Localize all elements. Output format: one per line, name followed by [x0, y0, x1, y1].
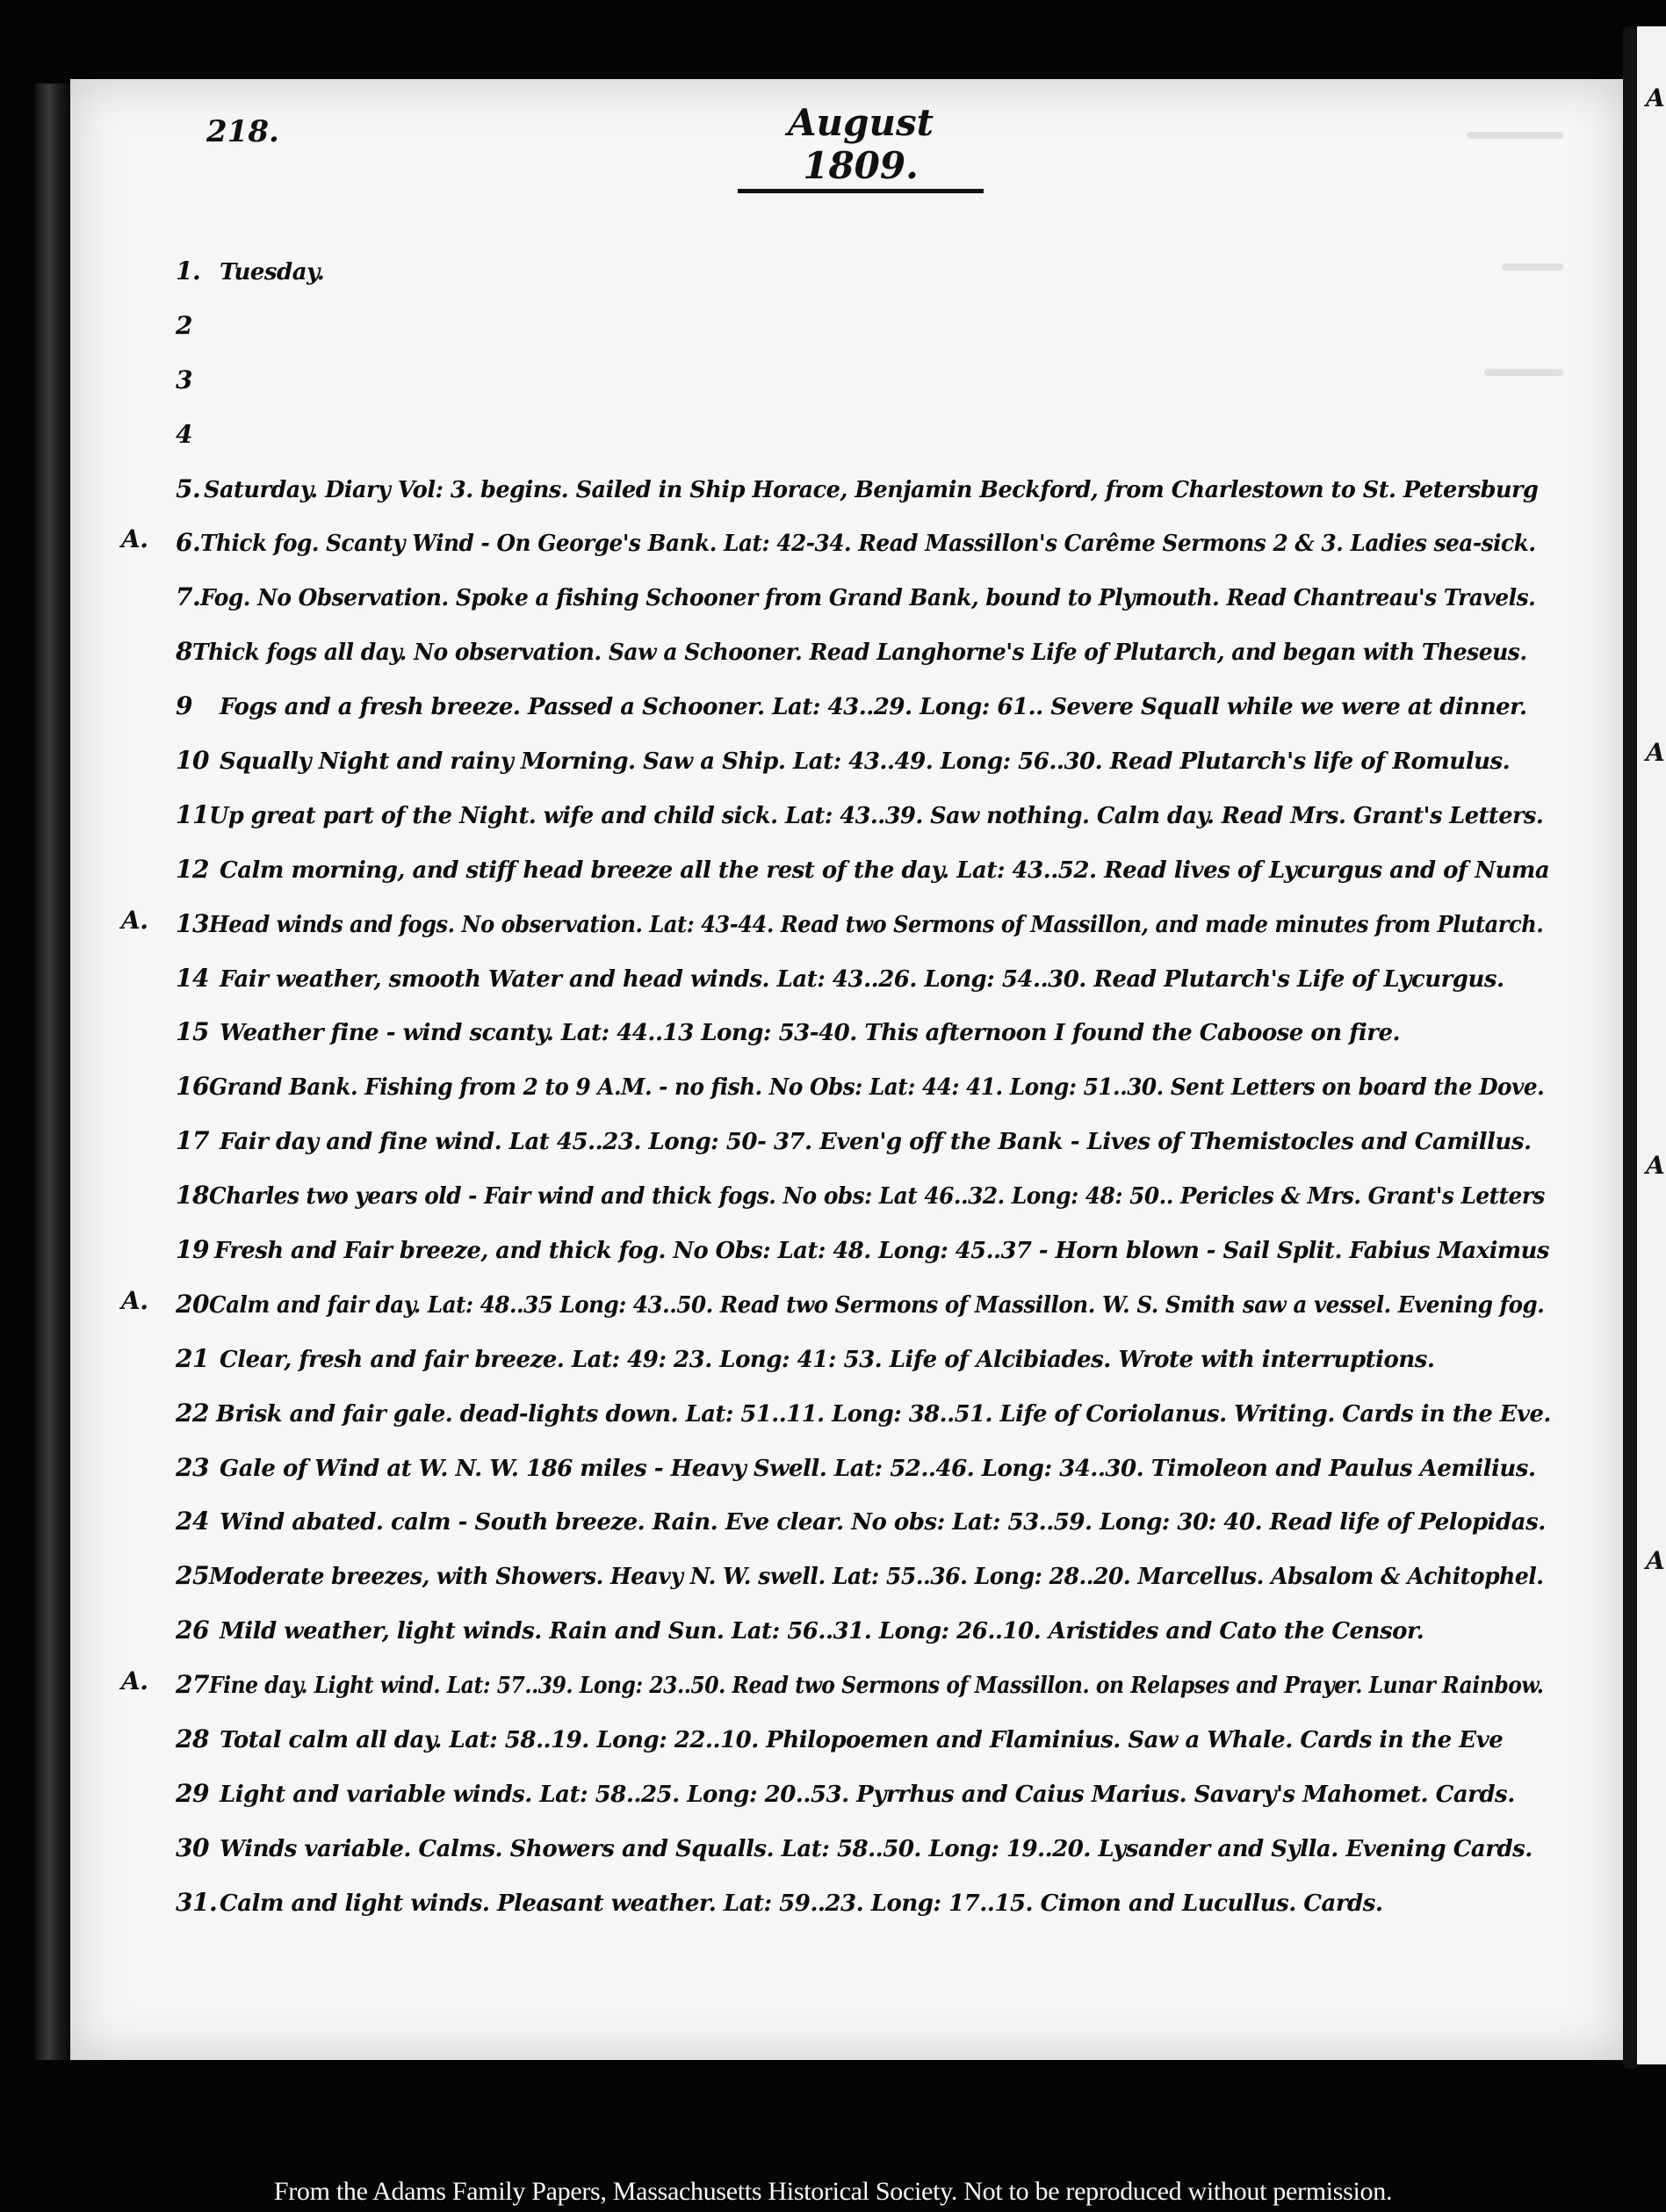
- journal-entry: 15Weather fine - wind scanty. Lat: 44..1…: [121, 993, 1561, 1047]
- book-gutter: [1623, 26, 1637, 2069]
- entry-text: Thick fogs all day. No observation. Saw …: [192, 640, 1527, 666]
- entry-day: 2: [176, 311, 220, 340]
- journal-entry: 30Winds variable. Calms. Showers and Squ…: [121, 1808, 1561, 1862]
- entry-text: Saturday. Diary Vol: 3. begins. Sailed i…: [204, 477, 1538, 503]
- entry-text: Fogs and a fresh breeze. Passed a Schoon…: [220, 694, 1527, 720]
- entry-day: 28: [176, 1724, 220, 1753]
- page-number: 218.: [206, 114, 279, 149]
- entry-text: Winds variable. Calms. Showers and Squal…: [220, 1836, 1533, 1862]
- journal-entry: 11Up great part of the Night. wife and c…: [121, 775, 1561, 829]
- entry-day: 23: [176, 1453, 220, 1482]
- journal-entry: 8Thick fogs all day. No observation. Saw…: [121, 611, 1561, 666]
- page-title: August 1809.: [738, 101, 984, 193]
- journal-entry: 21Clear, fresh and fair breeze. Lat: 49:…: [121, 1319, 1561, 1373]
- entry-day: 24: [176, 1507, 220, 1536]
- journal-entry: 24Wind abated. calm - South breeze. Rain…: [121, 1482, 1561, 1536]
- margin-mark: A.: [121, 524, 156, 553]
- adjacent-margin-mark: A: [1646, 1546, 1665, 1575]
- entry-day: 27: [176, 1670, 209, 1699]
- entry-text: Calm and light winds. Pleasant weather. …: [220, 1890, 1382, 1917]
- entry-text: Gale of Wind at W. N. W. 186 miles - Hea…: [220, 1456, 1536, 1482]
- entry-day: 8: [176, 637, 192, 666]
- entry-day: 3: [176, 365, 220, 394]
- entry-day: 25: [176, 1561, 209, 1590]
- entry-text: Clear, fresh and fair breeze. Lat: 49: 2…: [220, 1347, 1434, 1373]
- entry-day: 6.: [176, 528, 200, 557]
- entry-day: 26: [176, 1616, 220, 1645]
- journal-entry: 31.Calm and light winds. Pleasant weathe…: [121, 1862, 1561, 1917]
- journal-entry: 29Light and variable winds. Lat: 58..25.…: [121, 1753, 1561, 1808]
- entry-day: 29: [176, 1779, 220, 1808]
- entry-day: 30: [176, 1833, 220, 1862]
- entry-text: Head winds and fogs. No observation. Lat…: [209, 912, 1543, 938]
- entry-text: Tuesday.: [220, 259, 324, 286]
- book-left-edge: [35, 83, 70, 2060]
- entry-day: 18: [176, 1181, 209, 1210]
- entry-text: Squally Night and rainy Morning. Saw a S…: [220, 748, 1510, 775]
- adjacent-margin-mark: A: [1646, 83, 1665, 112]
- entry-text: Up great part of the Night. wife and chi…: [209, 803, 1543, 829]
- entry-day: 5.: [176, 474, 204, 503]
- journal-entry: 25Moderate breezes, with Showers. Heavy …: [121, 1536, 1561, 1590]
- journal-entry: A.13Head winds and fogs. No observation.…: [121, 884, 1561, 938]
- entry-day: 1.: [176, 257, 220, 286]
- journal-entry: 12Calm morning, and stiff head breeze al…: [121, 829, 1561, 884]
- journal-entry: 26Mild weather, light winds. Rain and Su…: [121, 1590, 1561, 1645]
- entry-text: Moderate breezes, with Showers. Heavy N.…: [209, 1564, 1544, 1590]
- journal-entry: 19Fresh and Fair breeze, and thick fog. …: [121, 1210, 1561, 1264]
- entry-day: 15: [176, 1017, 220, 1046]
- entry-text: Light and variable winds. Lat: 58..25. L…: [220, 1782, 1515, 1808]
- entry-day: 21: [176, 1344, 220, 1373]
- entry-text: Fair weather, smooth Water and head wind…: [220, 966, 1504, 993]
- entry-text: Fog. No Observation. Spoke a fishing Sch…: [200, 585, 1535, 611]
- entry-text: Thick fog. Scanty Wind - On George's Ban…: [200, 531, 1535, 557]
- margin-mark: A.: [121, 906, 156, 935]
- entry-day: 12: [176, 855, 220, 884]
- journal-entries: 1.Tuesday.2345.Saturday. Diary Vol: 3. b…: [121, 224, 1561, 1917]
- entry-text: Weather fine - wind scanty. Lat: 44..13 …: [220, 1020, 1400, 1046]
- entry-text: Grand Bank. Fishing from 2 to 9 A.M. - n…: [209, 1074, 1544, 1101]
- entry-day: 31.: [176, 1888, 220, 1917]
- journal-entry: A.6.Thick fog. Scanty Wind - On George's…: [121, 503, 1561, 558]
- journal-entry: 14Fair weather, smooth Water and head wi…: [121, 938, 1561, 993]
- margin-mark: A.: [121, 1666, 156, 1695]
- journal-entry: A.27Fine day. Light wind. Lat: 57..39. L…: [121, 1645, 1561, 1699]
- entry-text: Mild weather, light winds. Rain and Sun.…: [220, 1618, 1424, 1645]
- entry-text: Calm morning, and stiff head breeze all …: [220, 857, 1549, 884]
- journal-entry: 3: [121, 340, 1561, 394]
- copyright-caption: From the Adams Family Papers, Massachuse…: [0, 2177, 1666, 2207]
- entry-text: Brisk and fair gale. dead-lights down. L…: [216, 1401, 1551, 1428]
- adjacent-margin-mark: A: [1646, 738, 1665, 767]
- journal-entry: 9Fogs and a fresh breeze. Passed a Schoo…: [121, 666, 1561, 720]
- journal-entry: 16Grand Bank. Fishing from 2 to 9 A.M. -…: [121, 1046, 1561, 1101]
- entry-text: Fair day and fine wind. Lat 45..23. Long…: [220, 1129, 1532, 1155]
- entry-text: Fine day. Light wind. Lat: 57..39. Long:…: [209, 1673, 1543, 1699]
- journal-entry: 28Total calm all day. Lat: 58..19. Long:…: [121, 1699, 1561, 1753]
- ink-bleed: [1467, 132, 1563, 139]
- journal-entry: 1.Tuesday.: [121, 224, 1561, 286]
- entry-day: 19: [176, 1235, 214, 1264]
- journal-entry: 22Brisk and fair gale. dead-lights down.…: [121, 1373, 1561, 1428]
- journal-entry: A.20Calm and fair day. Lat: 48..35 Long:…: [121, 1264, 1561, 1319]
- entry-text: Total calm all day. Lat: 58..19. Long: 2…: [220, 1727, 1503, 1753]
- entry-text: Fresh and Fair breeze, and thick fog. No…: [214, 1238, 1549, 1264]
- journal-entry: 18Charles two years old - Fair wind and …: [121, 1155, 1561, 1210]
- entry-day: 14: [176, 964, 220, 993]
- journal-entry: 23Gale of Wind at W. N. W. 186 miles - H…: [121, 1428, 1561, 1482]
- journal-entry: 4: [121, 394, 1561, 449]
- adjacent-page-edge: [1637, 26, 1666, 2064]
- entry-day: 13: [176, 909, 209, 938]
- journal-entry: 10Squally Night and rainy Morning. Saw a…: [121, 720, 1561, 775]
- entry-text: Wind abated. calm - South breeze. Rain. …: [220, 1509, 1546, 1536]
- entry-text: Calm and fair day. Lat: 48..35 Long: 43.…: [209, 1292, 1544, 1319]
- entry-day: 22: [176, 1399, 216, 1428]
- journal-entry: 5.Saturday. Diary Vol: 3. begins. Sailed…: [121, 449, 1561, 503]
- adjacent-margin-mark: A: [1646, 1151, 1665, 1180]
- margin-mark: A.: [121, 1286, 156, 1315]
- entry-day: 10: [176, 746, 220, 775]
- journal-entry: 2: [121, 286, 1561, 340]
- entry-day: 11: [176, 800, 209, 829]
- entry-text: Charles two years old - Fair wind and th…: [209, 1183, 1545, 1210]
- entry-day: 9: [176, 691, 220, 720]
- journal-entry: 17Fair day and fine wind. Lat 45..23. Lo…: [121, 1101, 1561, 1155]
- entry-day: 4: [176, 420, 220, 449]
- entry-day: 16: [176, 1072, 209, 1101]
- entry-day: 7.: [176, 582, 200, 611]
- entry-day: 20: [176, 1290, 209, 1319]
- journal-entry: 7.Fog. No Observation. Spoke a fishing S…: [121, 557, 1561, 611]
- entry-day: 17: [176, 1126, 220, 1155]
